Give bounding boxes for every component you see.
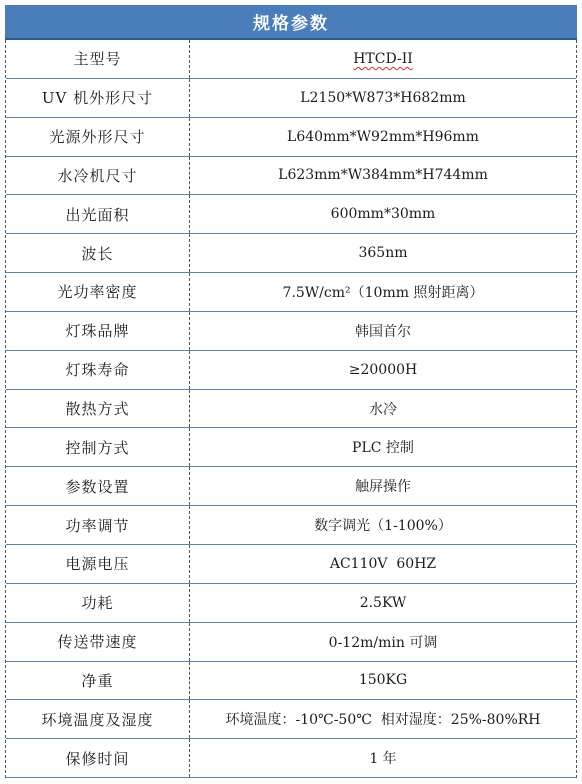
spec-value-text: L640mm*W92mm*H96mm: [287, 129, 479, 145]
table-row: UV 机外形尺寸L2150*W873*H682mm: [6, 79, 576, 118]
spec-value: AC110V 60HZ: [190, 545, 576, 583]
spec-value-text: 150KG: [359, 672, 407, 688]
spec-value-text: 0-12m/min 可调: [329, 632, 438, 652]
spec-value: HTCD-II: [190, 40, 576, 78]
table-row: 保修时间1 年: [6, 739, 576, 778]
table-row: 出光面积600mm*30mm: [6, 195, 576, 234]
spec-label: 功耗: [6, 584, 190, 622]
spec-value: 1 年: [190, 739, 576, 777]
spec-value: 365nm: [190, 234, 576, 272]
spec-value: 触屏操作: [190, 467, 576, 505]
spec-label: 控制方式: [6, 428, 190, 466]
table-row: 波长365nm: [6, 234, 576, 273]
spec-value-text: 7.5W/cm²（10mm 照射距离）: [283, 282, 484, 302]
spec-value: 环境温度：-10℃-50℃ 相对湿度：25%-80%RH: [190, 700, 576, 738]
spec-label: 功率调节: [6, 506, 190, 544]
spec-label: 灯珠寿命: [6, 351, 190, 389]
spec-label: 散热方式: [6, 390, 190, 428]
spec-label: 灯珠品牌: [6, 312, 190, 350]
spec-label: 参数设置: [6, 467, 190, 505]
spec-value: 2.5KW: [190, 584, 576, 622]
spec-label: UV 机外形尺寸: [6, 79, 190, 117]
spec-label: 净重: [6, 662, 190, 700]
spec-value: 水冷: [190, 390, 576, 428]
spec-value-text: L623mm*W384mm*H744mm: [278, 167, 488, 183]
table-row: 电源电压AC110V 60HZ: [6, 545, 576, 584]
table-row: 灯珠品牌韩国首尔: [6, 312, 576, 351]
spec-value-text: 365nm: [358, 245, 407, 261]
spec-value-text: 水冷: [369, 399, 397, 419]
spec-label: 光源外形尺寸: [6, 118, 190, 156]
table-row: 控制方式PLC 控制: [6, 428, 576, 467]
spec-label: 波长: [6, 234, 190, 272]
table-row: 传送带速度0-12m/min 可调: [6, 623, 576, 662]
spec-value-text: 2.5KW: [360, 595, 407, 611]
table-row: 散热方式水冷: [6, 390, 576, 429]
spec-value: 7.5W/cm²（10mm 照射距离）: [190, 273, 576, 311]
spec-label: 主型号: [6, 40, 190, 78]
spec-value: PLC 控制: [190, 428, 576, 466]
spec-label: 保修时间: [6, 739, 190, 777]
spec-label: 传送带速度: [6, 623, 190, 661]
spec-label: 水冷机尺寸: [6, 157, 190, 195]
spec-value-text: L2150*W873*H682mm: [300, 90, 466, 106]
spec-label: 出光面积: [6, 195, 190, 233]
table-row: 光源外形尺寸L640mm*W92mm*H96mm: [6, 118, 576, 157]
spec-label: 光功率密度: [6, 273, 190, 311]
spec-value-text: ≥20000H: [349, 362, 417, 378]
spec-value-text: 环境温度：-10℃-50℃ 相对湿度：25%-80%RH: [225, 709, 540, 729]
spec-value: 600mm*30mm: [190, 195, 576, 233]
spec-value: 0-12m/min 可调: [190, 623, 576, 661]
table-row: 灯珠寿命≥20000H: [6, 351, 576, 390]
spec-value-text: 1 年: [369, 748, 396, 768]
table-row: 净重150KG: [6, 662, 576, 701]
spec-value: 150KG: [190, 662, 576, 700]
spec-value-text: 数字调光（1-100%）: [314, 515, 452, 535]
spec-table: 规格参数 主型号HTCD-IIUV 机外形尺寸L2150*W873*H682mm…: [5, 5, 577, 778]
table-row: 水冷机尺寸L623mm*W384mm*H744mm: [6, 157, 576, 196]
spec-value: L640mm*W92mm*H96mm: [190, 118, 576, 156]
spec-value: L623mm*W384mm*H744mm: [190, 157, 576, 195]
spec-value-text: PLC 控制: [352, 437, 414, 457]
spec-value: L2150*W873*H682mm: [190, 79, 576, 117]
table-row: 功率调节数字调光（1-100%）: [6, 506, 576, 545]
spec-value-text: 韩国首尔: [355, 321, 411, 341]
table-body: 主型号HTCD-IIUV 机外形尺寸L2150*W873*H682mm光源外形尺…: [5, 40, 577, 778]
spec-value-text: 600mm*30mm: [331, 206, 436, 222]
spec-value: 韩国首尔: [190, 312, 576, 350]
spec-label: 电源电压: [6, 545, 190, 583]
spec-value-text: AC110V 60HZ: [330, 556, 436, 572]
spec-label: 环境温度及湿度: [6, 700, 190, 738]
table-row: 参数设置触屏操作: [6, 467, 576, 506]
spec-value-text: 触屏操作: [355, 476, 411, 496]
table-title: 规格参数: [5, 5, 577, 40]
table-row: 主型号HTCD-II: [6, 40, 576, 79]
table-row: 环境温度及湿度环境温度：-10℃-50℃ 相对湿度：25%-80%RH: [6, 700, 576, 739]
table-row: 功耗2.5KW: [6, 584, 576, 623]
spec-value-text: HTCD-II: [353, 51, 413, 67]
spec-value: 数字调光（1-100%）: [190, 506, 576, 544]
table-row: 光功率密度7.5W/cm²（10mm 照射距离）: [6, 273, 576, 312]
spec-value: ≥20000H: [190, 351, 576, 389]
